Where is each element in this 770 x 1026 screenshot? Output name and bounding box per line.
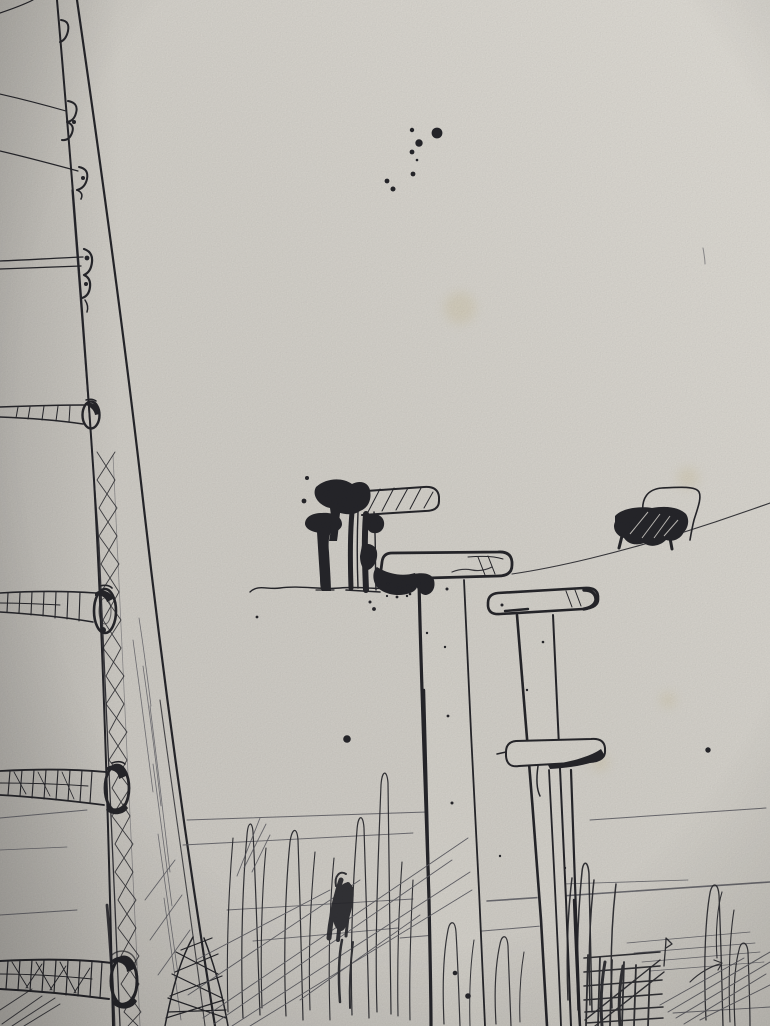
- paper-grain: [0, 0, 770, 1026]
- ink-drawing-svg: [0, 0, 770, 1026]
- ink-drawing-canvas: [0, 0, 770, 1026]
